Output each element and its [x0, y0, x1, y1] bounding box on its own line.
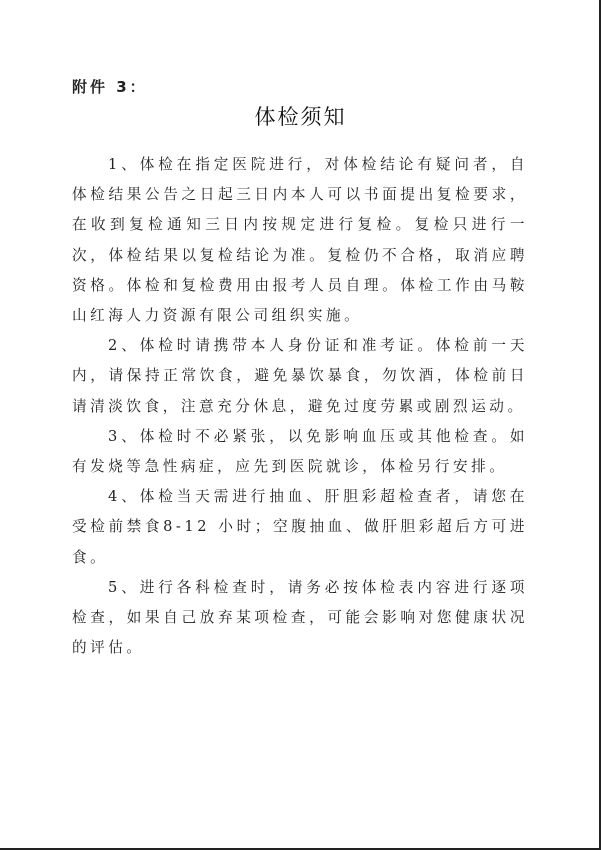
document-title: 体检须知: [0, 101, 601, 131]
attachment-label: 附件 3：: [72, 76, 148, 97]
paragraph-3: 3、体检时不必紧张，以免影响血压或其他检查。如有发烧等急性病症，应先到医院就诊，…: [72, 422, 528, 482]
paragraph-4: 4、体检当天需进行抽血、肝胆彩超检查者，请您在受检前禁食8-12 小时；空腹抽血…: [72, 482, 528, 573]
paragraph-2: 2、体检时请携带本人身份证和准考证。体检前一天内，请保持正常饮食，避免暴饮暴食，…: [72, 331, 528, 422]
document-body: 1、体检在指定医院进行，对体检结论有疑问者，自体检结果公告之日起三日内本人可以书…: [72, 150, 528, 663]
paragraph-1: 1、体检在指定医院进行，对体检结论有疑问者，自体检结果公告之日起三日内本人可以书…: [72, 150, 528, 331]
paragraph-5: 5、进行各科检查时，请务必按体检表内容进行逐项检查，如果自己放弃某项检查，可能会…: [72, 573, 528, 664]
